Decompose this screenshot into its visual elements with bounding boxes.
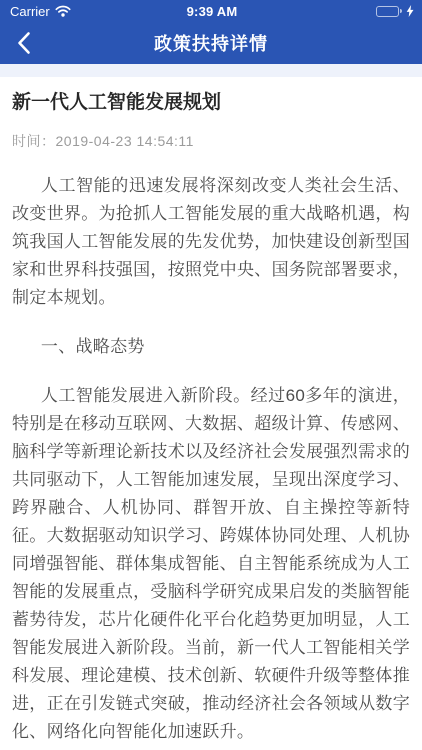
article-paragraph: 人工智能发展进入新阶段。经过60多年的演进，特别是在移动互联网、大数据、超级计算… xyxy=(12,382,410,746)
article-title: 新一代人工智能发展规划 xyxy=(12,90,410,116)
status-bar: Carrier 9:39 AM xyxy=(0,0,422,22)
article-timestamp: 时间：2019-04-23 14:54:11 xyxy=(12,131,410,151)
phone-screen: Carrier 9:39 AM xyxy=(0,0,422,750)
article-scroll-view[interactable]: 新一代人工智能发展规划 时间：2019-04-23 14:54:11 人工智能的… xyxy=(0,77,422,750)
nav-bar: 政策扶持详情 xyxy=(0,22,422,64)
carrier-label: Carrier xyxy=(10,4,50,19)
battery-icon xyxy=(376,6,402,17)
charging-bolt-icon xyxy=(406,5,414,17)
back-button[interactable] xyxy=(6,22,42,64)
status-time: 9:39 AM xyxy=(130,4,294,19)
article-paragraph: 人工智能的迅速发展将深刻改变人类社会生活、改变世界。为抢抓人工智能发展的重大战略… xyxy=(12,172,410,312)
article-body: 人工智能的迅速发展将深刻改变人类社会生活、改变世界。为抢抓人工智能发展的重大战略… xyxy=(12,172,410,746)
page-title: 政策扶持详情 xyxy=(0,30,422,56)
wifi-icon xyxy=(55,5,71,17)
chevron-left-icon xyxy=(17,31,31,55)
scroll-edge-tint xyxy=(0,64,422,77)
time-value: 2019-04-23 14:54:11 xyxy=(56,133,194,149)
article-section-heading: 一、战略态势 xyxy=(12,333,410,361)
time-label: 时间： xyxy=(12,133,56,149)
